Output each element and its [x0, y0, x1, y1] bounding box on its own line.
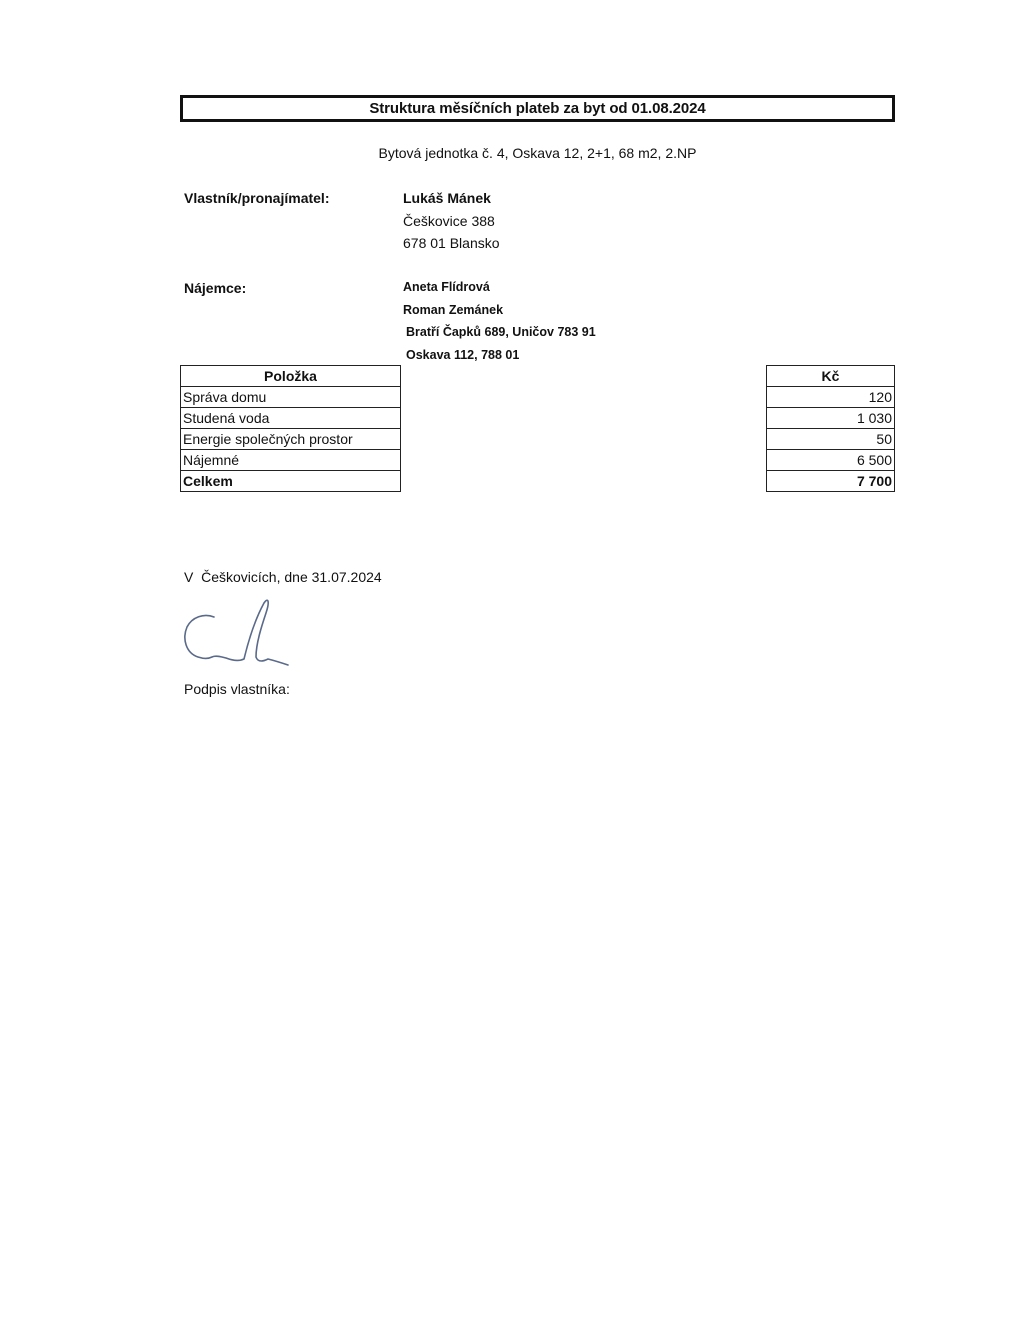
table-header-row: Kč: [767, 366, 895, 387]
place-and-date: V Češkovicích, dne 31.07.2024: [184, 568, 382, 586]
tenant-address-line1: Bratří Čapků 689, Uničov 783 91: [403, 323, 596, 346]
owner-address-line1: Češkovice 388: [403, 212, 500, 235]
table-row: Energie společných prostor: [181, 429, 401, 450]
owner-name: Lukáš Mánek: [403, 189, 500, 212]
item-name: Nájemné: [181, 450, 401, 471]
table-row: 6 500: [767, 450, 895, 471]
item-amount: 120: [767, 387, 895, 408]
item-name: Energie společných prostor: [181, 429, 401, 450]
payment-items-table: Položka Správa domu Studená voda Energie…: [180, 365, 401, 492]
tenant-name: Aneta Flídrová: [403, 278, 596, 301]
table-row: Správa domu: [181, 387, 401, 408]
total-label: Celkem: [181, 471, 401, 492]
item-name: Správa domu: [181, 387, 401, 408]
table-row: 50: [767, 429, 895, 450]
tenant-details: Aneta Flídrová Roman Zemánek Bratří Čapk…: [403, 278, 596, 368]
item-amount: 1 030: [767, 408, 895, 429]
table-row: Nájemné: [181, 450, 401, 471]
document-title: Struktura měsíčních plateb za byt od 01.…: [180, 95, 895, 122]
total-amount: 7 700: [767, 471, 895, 492]
total-row: 7 700: [767, 471, 895, 492]
owner-details: Lukáš Mánek Češkovice 388 678 01 Blansko: [403, 189, 500, 257]
tenant-address-line2: Oskava 112, 788 01: [403, 346, 596, 369]
owner-label: Vlastník/pronajímatel:: [184, 189, 329, 207]
tenant-name: Roman Zemánek: [403, 301, 596, 324]
signature-icon: [182, 595, 297, 670]
table-row: Studená voda: [181, 408, 401, 429]
item-amount: 6 500: [767, 450, 895, 471]
total-row: Celkem: [181, 471, 401, 492]
owner-address-line2: 678 01 Blansko: [403, 234, 500, 257]
owner-signature-label: Podpis vlastníka:: [184, 680, 290, 698]
tenant-label: Nájemce:: [184, 279, 246, 297]
column-header-amount: Kč: [767, 366, 895, 387]
payment-amounts-table: Kč 120 1 030 50 6 500 7 700: [766, 365, 895, 492]
table-row: 120: [767, 387, 895, 408]
item-name: Studená voda: [181, 408, 401, 429]
apartment-description: Bytová jednotka č. 4, Oskava 12, 2+1, 68…: [180, 144, 895, 162]
item-amount: 50: [767, 429, 895, 450]
table-header-row: Položka: [181, 366, 401, 387]
column-header-item: Položka: [181, 366, 401, 387]
table-row: 1 030: [767, 408, 895, 429]
